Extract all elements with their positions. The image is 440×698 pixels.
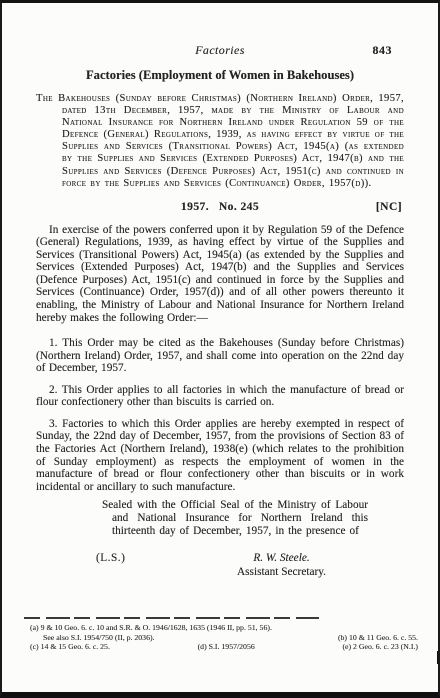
- footnote-a: (a) 9 & 10 Geo. 6. c. 10 and S.R. & O. 1…: [30, 623, 418, 633]
- footnote-e: (e) 2 Geo. 6. c. 23 (N.I.): [342, 642, 418, 652]
- signature-block: R. W. Steele. Assistant Secretary.: [237, 552, 326, 579]
- nc-tag: [NC]: [376, 200, 402, 213]
- footnote-c: (c) 14 & 15 Geo. 6. c. 25.: [30, 642, 110, 652]
- document-title: Factories (Employment of Women in Bakeho…: [36, 68, 404, 82]
- order-number-line: 1957. No. 245 [NC]: [36, 200, 404, 213]
- article-2: 2. This Order applies to all factories i…: [36, 384, 404, 409]
- footnote-area: (a) 9 & 10 Geo. 6. c. 10 and S.R. & O. 1…: [30, 617, 418, 652]
- footnote-b: (b) 10 & 11 Geo. 6. c. 55.: [338, 633, 418, 643]
- running-head-section: Factories: [195, 43, 245, 57]
- article-1: 1. This Order may be cited as the Bakeho…: [36, 337, 404, 375]
- sealing-clause: Sealed with the Official Seal of the Min…: [102, 499, 368, 537]
- signature-name: R. W. Steele.: [237, 552, 326, 565]
- article-3: 3. Factories to which this Order applies…: [36, 418, 404, 493]
- order-citation: 1957. No. 245: [181, 200, 259, 213]
- footnote-see-also: See also S.I. 1954/750 (II, p. 2036).: [30, 633, 155, 643]
- running-head: Factories 843: [36, 44, 404, 57]
- footnote-d: (d) S.I. 1957/2056: [198, 642, 255, 652]
- signature-row: (L.S.) R. W. Steele. Assistant Secretary…: [36, 552, 404, 584]
- enacting-paragraph: In exercise of the powers conferred upon…: [36, 224, 404, 324]
- footnote-divider: [24, 617, 319, 619]
- signature-role: Assistant Secretary.: [237, 565, 326, 579]
- page-number: 843: [373, 44, 393, 57]
- seal-mark: (L.S.): [96, 552, 125, 564]
- order-preamble: The Bakehouses (Sunday before Christmas)…: [36, 93, 404, 190]
- document-page: Factories 843 Factories (Employment of W…: [0, 0, 440, 698]
